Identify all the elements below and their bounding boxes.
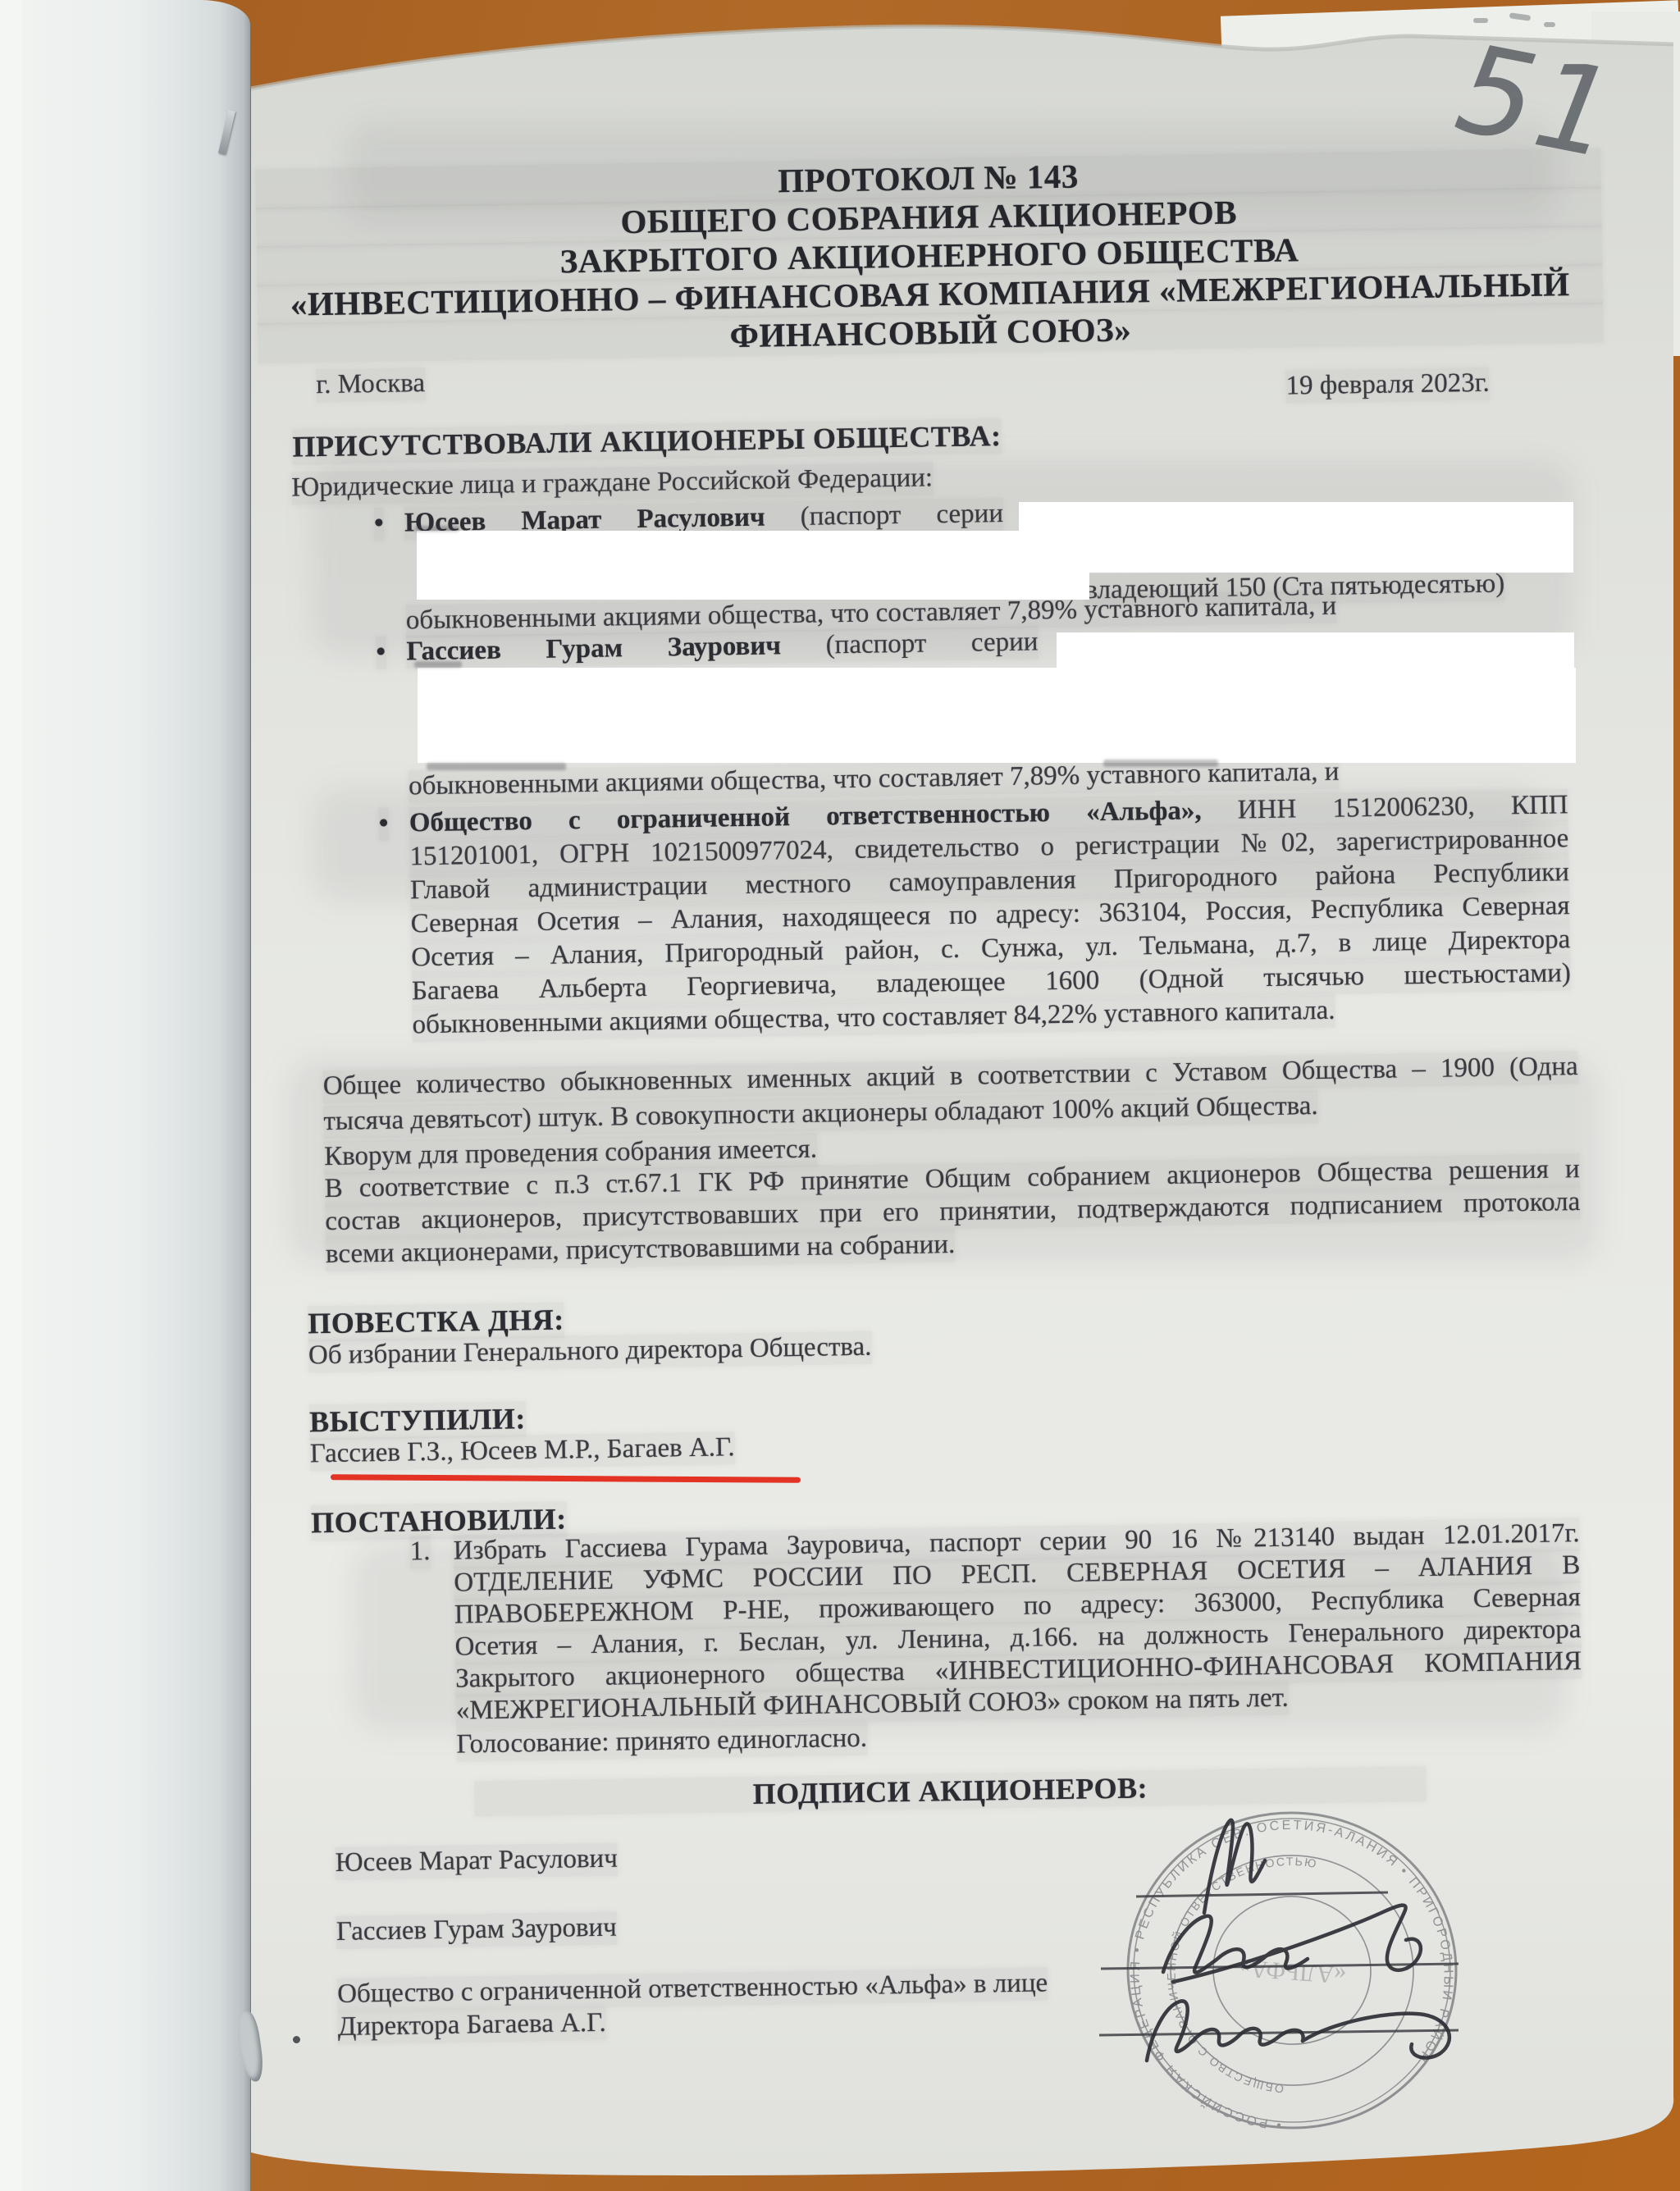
pencil-mark <box>1544 22 1555 27</box>
pencil-mark <box>1473 18 1488 23</box>
signature-bagaev <box>1147 2001 1303 2061</box>
stamp-and-signatures: • РОССИЙСКАЯ ФЕДЕРАЦИЯ • РЕСПУБЛИКА СЕВ.… <box>0 0 1680 2191</box>
photographed-document: ПРОТОКОЛ № 143 ОБЩЕГО СОБРАНИЯ АКЦИОНЕРО… <box>0 0 1680 2191</box>
company-seal-stamp: • РОССИЙСКАЯ ФЕДЕРАЦИЯ • РЕСПУБЛИКА СЕВ.… <box>1117 1802 1468 2143</box>
ink-speck <box>293 2036 300 2043</box>
